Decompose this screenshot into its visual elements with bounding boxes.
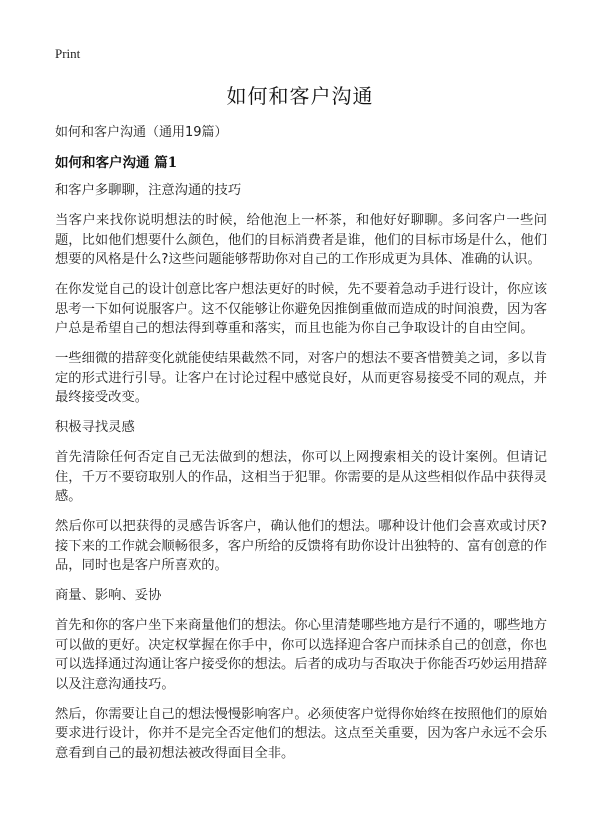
paragraph: 当客户来找你说明想法的时候，给他泡上一杯茶，和他好好聊聊。多问客户一些问题，比如… [55,211,547,270]
paragraph: 在你发觉自己的设计创意比客户想法更好的时候，先不要着急动手进行设计，你应该思考一… [55,280,547,339]
article-body: 和客户多聊聊，注意沟通的技巧 当客户来找你说明想法的时候，给他泡上一杯茶，和他好… [55,181,547,774]
print-label: Print [55,46,80,62]
subheading-chat: 和客户多聊聊，注意沟通的技巧 [55,181,547,201]
document-subtitle: 如何和客户沟通（通用19篇） [55,121,228,140]
subheading-inspiration: 积极寻找灵感 [55,418,547,438]
subheading-negotiate: 商量、影响、妥协 [55,586,547,606]
document-title: 如何和客户沟通 [0,80,600,109]
paragraph: 然后，你需要让自己的想法慢慢影响客户。必须使客户觉得你始终在按照他们的原始要求进… [55,705,547,764]
paragraph: 一些细微的措辞变化就能使结果截然不同，对客户的想法不要吝惜赞美之词，多以肯定的形… [55,349,547,408]
paragraph: 首先清除任何否定自己无法做到的想法，你可以上网搜索相关的设计案例。但请记住，千万… [55,448,547,507]
section-heading: 如何和客户沟通 篇1 [55,151,177,171]
paragraph: 然后你可以把获得的灵感告诉客户，确认他们的想法。哪种设计他们会喜欢或讨厌?接下来… [55,517,547,576]
paragraph: 首先和你的客户坐下来商量他们的想法。你心里清楚哪些地方是行不通的，哪些地方可以做… [55,616,547,694]
